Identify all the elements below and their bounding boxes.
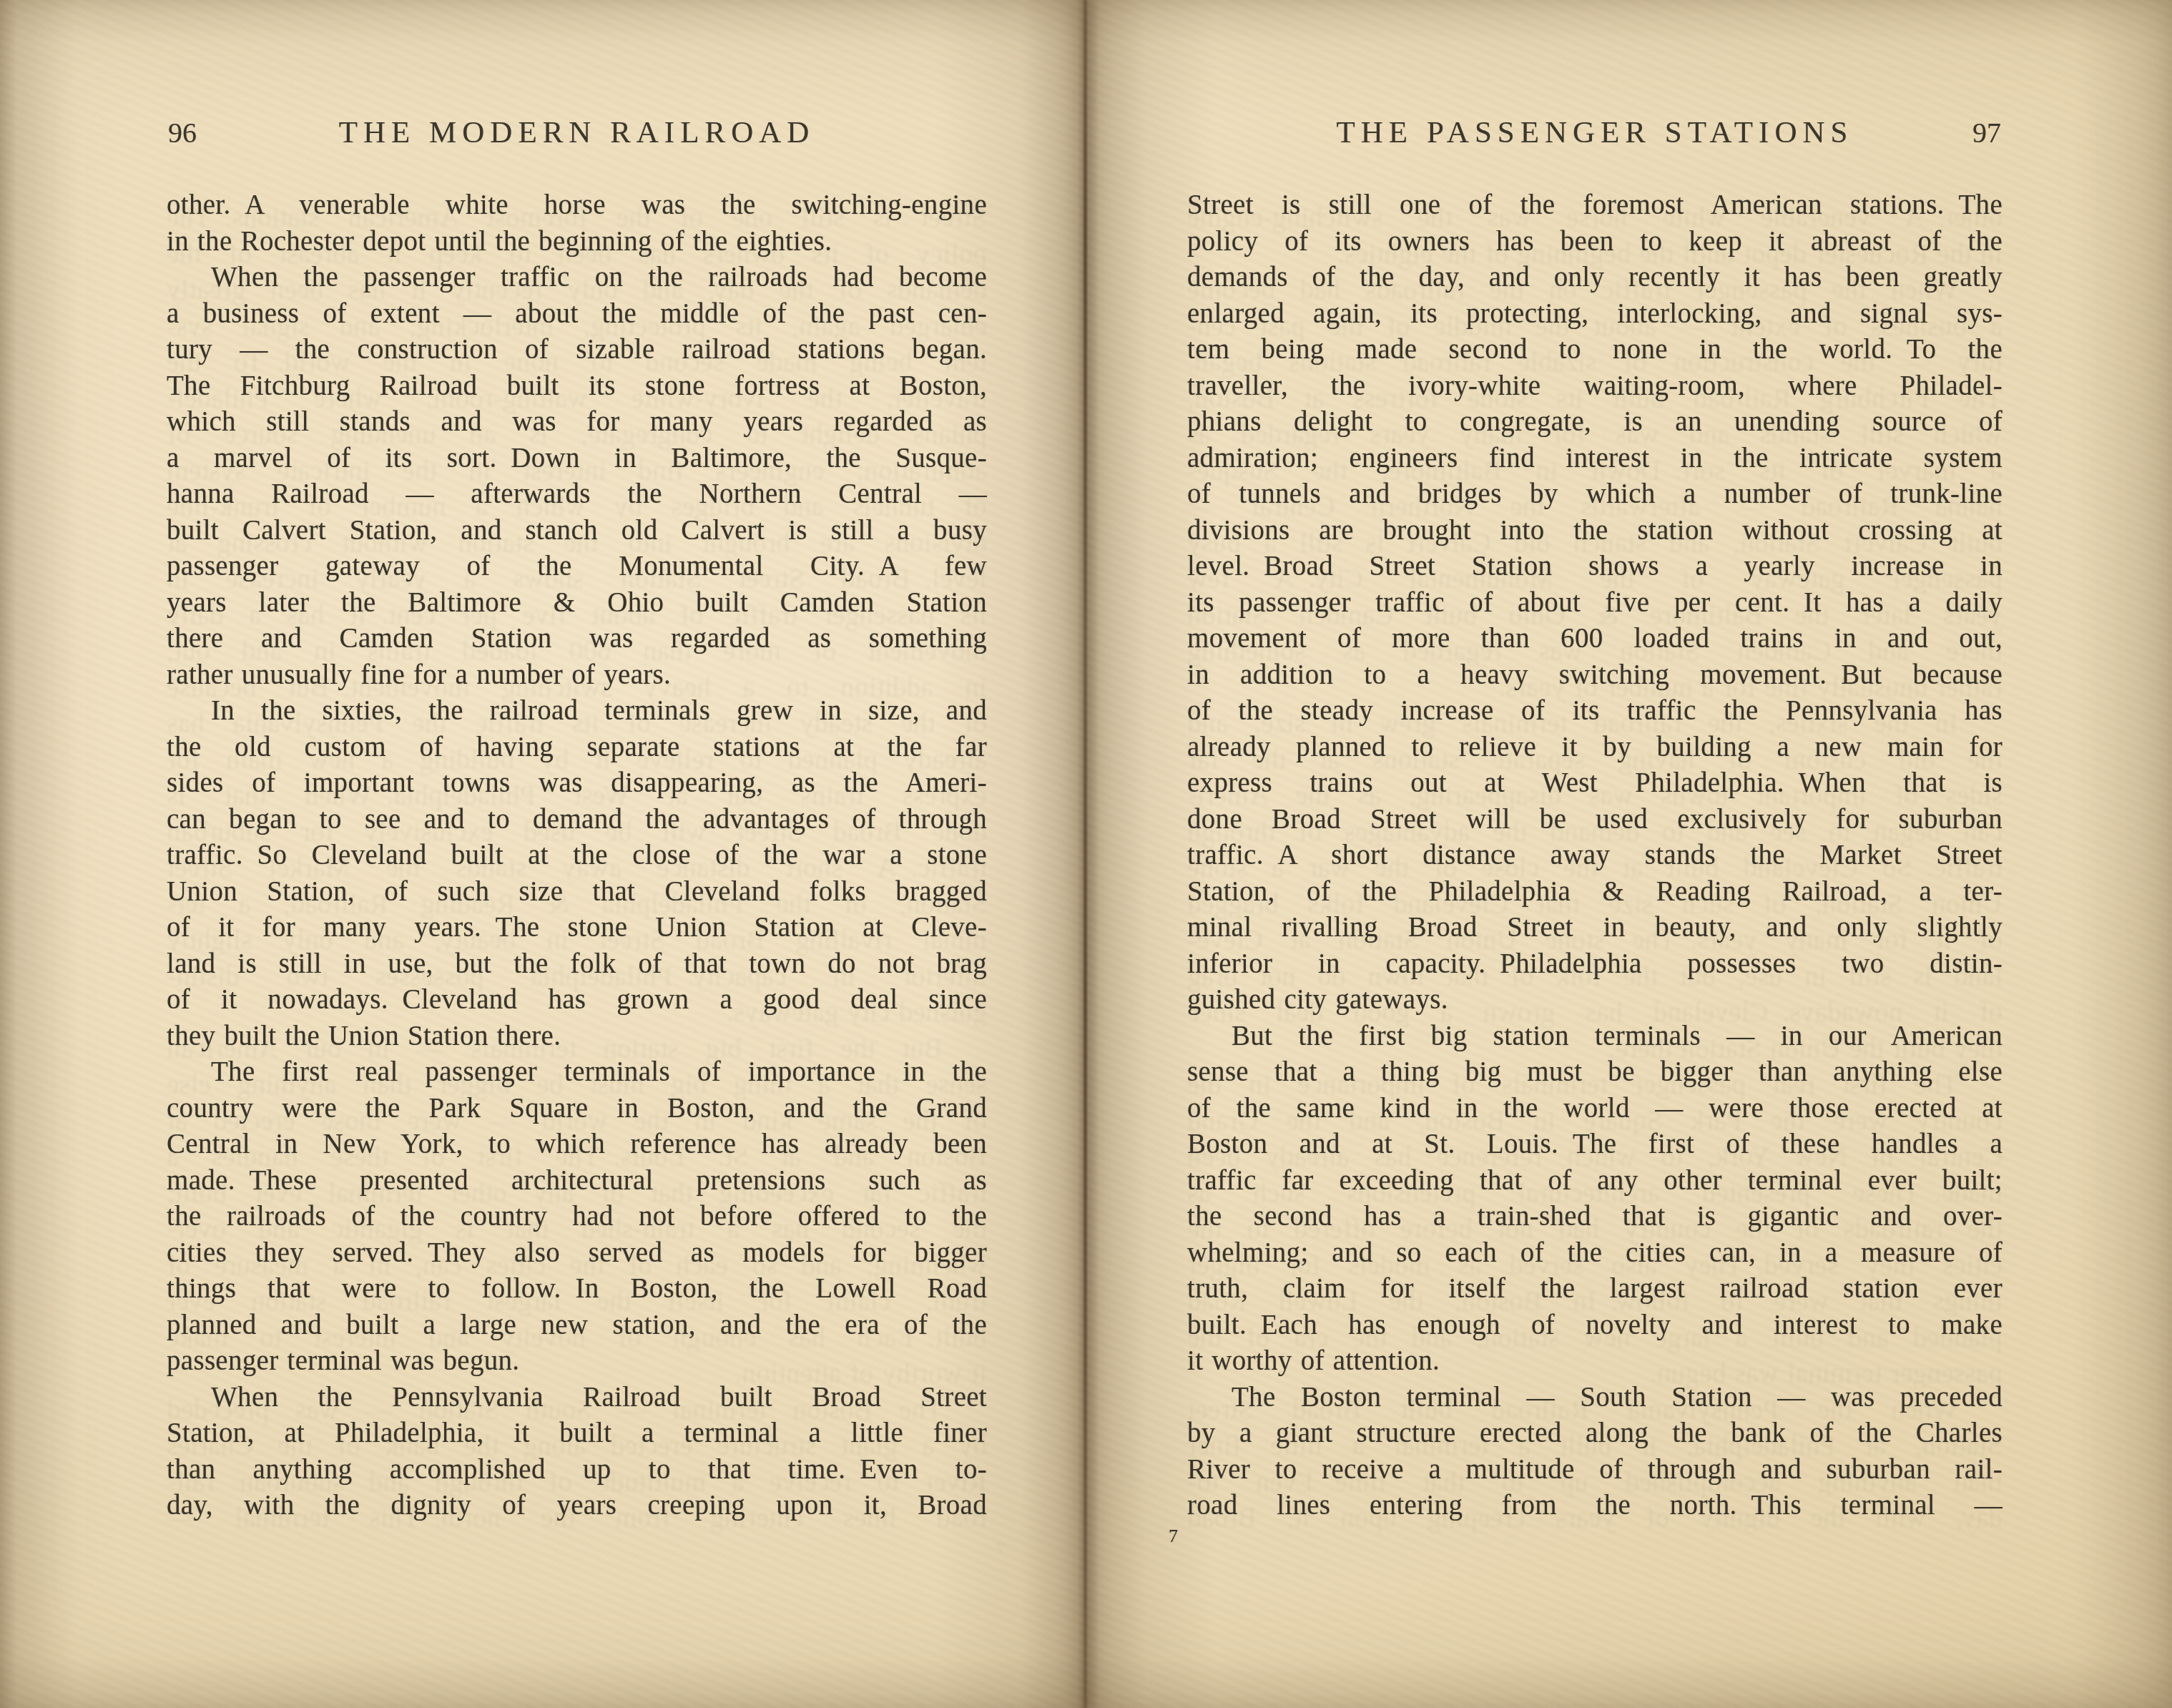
- book-spread: 96 THE MODERN RAILROAD Street is still o…: [0, 0, 2172, 1708]
- text-line: in the Rochester depot until the beginni…: [167, 224, 987, 260]
- text-line: can began to see and to demand the advan…: [167, 802, 987, 838]
- text-line: divisions are brought into the station w…: [1187, 513, 2003, 549]
- text-line: of tunnels and bridges by which a number…: [1187, 476, 2003, 513]
- text-line: cities they served. They also served as …: [167, 1235, 987, 1272]
- text-line: When the Pennsylvania Railroad built Bro…: [167, 1380, 987, 1416]
- text-line: they built the Union Station there.: [167, 1019, 987, 1055]
- text-line: In the sixties, the railroad terminals g…: [167, 693, 987, 730]
- text-line: level. Broad Street Station shows a year…: [1187, 549, 2003, 585]
- paragraph: When the passenger traffic on the railro…: [167, 260, 987, 693]
- text-line: passenger gateway of the Monumental City…: [167, 549, 987, 585]
- text-line: Central in New York, to which reference …: [167, 1127, 987, 1163]
- text-line: truth, claim for itself the largest rail…: [1187, 1271, 2003, 1307]
- text-line: by a giant structure erected along the b…: [1187, 1415, 2003, 1452]
- running-title-right: THE PASSENGER STATIONS: [1187, 113, 2003, 153]
- text-line: rather unusually fine for a number of ye…: [167, 657, 987, 694]
- text-line: Station, of the Philadelphia & Reading R…: [1187, 874, 2003, 911]
- page-body-right: Street is still one of the foremost Amer…: [1187, 187, 2003, 1547]
- text-line: built. Each has enough of novelty and in…: [1187, 1307, 2003, 1344]
- paragraph: other. A venerable white horse was the s…: [167, 187, 987, 260]
- paragraph: Street is still one of the foremost Amer…: [1187, 187, 2003, 1019]
- text-line: done Broad Street will be used exclusive…: [1187, 802, 2003, 838]
- page-left: 96 THE MODERN RAILROAD Street is still o…: [167, 113, 987, 153]
- text-line: passenger terminal was begun.: [167, 1343, 987, 1380]
- text-line: its passenger traffic of about five per …: [1187, 585, 2003, 622]
- text-line: which still stands and was for many year…: [167, 404, 987, 441]
- text-line: minal rivalling Broad Street in beauty, …: [1187, 910, 2003, 946]
- text-line: Station, at Philadelphia, it built a ter…: [167, 1415, 987, 1452]
- text-line: of it nowadays. Cleveland has grown a go…: [167, 982, 987, 1019]
- text-line: sense that a thing big must be bigger th…: [1187, 1054, 2003, 1091]
- text-line: policy of its owners has been to keep it…: [1187, 224, 2003, 260]
- text-line: a business of extent — about the middle …: [167, 296, 987, 333]
- page-body-left: other. A venerable white horse was the s…: [167, 187, 987, 1524]
- text-line: traffic. A short distance away stands th…: [1187, 838, 2003, 874]
- signature-mark: 7: [1169, 1526, 2003, 1547]
- text-line: things that were to follow. In Boston, t…: [167, 1271, 987, 1307]
- text-line: phians delight to congregate, is an unen…: [1187, 404, 2003, 441]
- text-line: in addition to a heavy switching movemen…: [1187, 657, 2003, 694]
- text-line: tury — the construction of sizable railr…: [167, 332, 987, 368]
- text-line: The Boston terminal — South Station — wa…: [1187, 1380, 2003, 1416]
- text-line: land is still in use, but the folk of th…: [167, 946, 987, 983]
- text-line: inferior in capacity. Philadelphia posse…: [1187, 946, 2003, 983]
- text-line: road lines entering from the north. This…: [1187, 1488, 2003, 1524]
- text-line: years later the Baltimore & Ohio built C…: [167, 585, 987, 622]
- text-line: River to receive a multitude of through …: [1187, 1452, 2003, 1488]
- text-line: already planned to relieve it by buildin…: [1187, 730, 2003, 766]
- text-line: planned and built a large new station, a…: [167, 1307, 987, 1344]
- text-line: But the first big station terminals — in…: [1187, 1019, 2003, 1055]
- text-line: guished city gateways.: [1187, 982, 2003, 1019]
- text-line: there and Camden Station was regarded as…: [167, 621, 987, 657]
- paragraph: The first real passenger terminals of im…: [167, 1054, 987, 1380]
- text-line: built Calvert Station, and stanch old Ca…: [167, 513, 987, 549]
- text-line: sides of important towns was disappearin…: [167, 765, 987, 802]
- text-line: hanna Railroad — afterwards the Northern…: [167, 476, 987, 513]
- text-line: Union Station, of such size that Clevela…: [167, 874, 987, 911]
- text-line: whelming; and so each of the cities can,…: [1187, 1235, 2003, 1272]
- text-line: traffic far exceeding that of any other …: [1187, 1163, 2003, 1199]
- text-line: The first real passenger terminals of im…: [167, 1054, 987, 1091]
- paragraph: When the Pennsylvania Railroad built Bro…: [167, 1380, 987, 1524]
- text-line: made. These presented architectural pret…: [167, 1163, 987, 1199]
- book-gutter-crease: [1083, 0, 1087, 1708]
- running-title-left: THE MODERN RAILROAD: [167, 113, 987, 153]
- text-line: than anything accomplished up to that ti…: [167, 1452, 987, 1488]
- text-line: of the steady increase of its traffic th…: [1187, 693, 2003, 730]
- text-line: Boston and at St. Louis. The first of th…: [1187, 1127, 2003, 1163]
- text-line: admiration; engineers find interest in t…: [1187, 441, 2003, 477]
- text-line: a marvel of its sort. Down in Baltimore,…: [167, 441, 987, 477]
- text-line: movement of more than 600 loaded trains …: [1187, 621, 2003, 657]
- text-line: traveller, the ivory-white waiting-room,…: [1187, 368, 2003, 405]
- text-line: enlarged again, its protecting, interloc…: [1187, 296, 2003, 333]
- text-line: The Fitchburg Railroad built its stone f…: [167, 368, 987, 405]
- text-line: the old custom of having separate statio…: [167, 730, 987, 766]
- text-line: When the passenger traffic on the railro…: [167, 260, 987, 296]
- text-line: day, with the dignity of years creeping …: [167, 1488, 987, 1524]
- text-line: other. A venerable white horse was the s…: [167, 187, 987, 224]
- paragraph: The Boston terminal — South Station — wa…: [1187, 1380, 2003, 1524]
- text-line: the railroads of the country had not bef…: [167, 1199, 987, 1235]
- text-line: the second has a train-shed that is giga…: [1187, 1199, 2003, 1235]
- text-line: demands of the day, and only recently it…: [1187, 260, 2003, 296]
- page-right: 97 THE PASSENGER STATIONS other. A vener…: [1187, 113, 2003, 153]
- text-line: express trains out at West Philadelphia.…: [1187, 765, 2003, 802]
- text-line: country were the Park Square in Boston, …: [167, 1091, 987, 1127]
- paragraph: But the first big station terminals — in…: [1187, 1019, 2003, 1380]
- text-line: Street is still one of the foremost Amer…: [1187, 187, 2003, 224]
- paragraph: In the sixties, the railroad terminals g…: [167, 693, 987, 1054]
- text-line: of the same kind in the world — were tho…: [1187, 1091, 2003, 1127]
- text-line: of it for many years. The stone Union St…: [167, 910, 987, 946]
- text-line: it worthy of attention.: [1187, 1343, 2003, 1380]
- text-line: tem being made second to none in the wor…: [1187, 332, 2003, 368]
- text-line: traffic. So Cleveland built at the close…: [167, 838, 987, 874]
